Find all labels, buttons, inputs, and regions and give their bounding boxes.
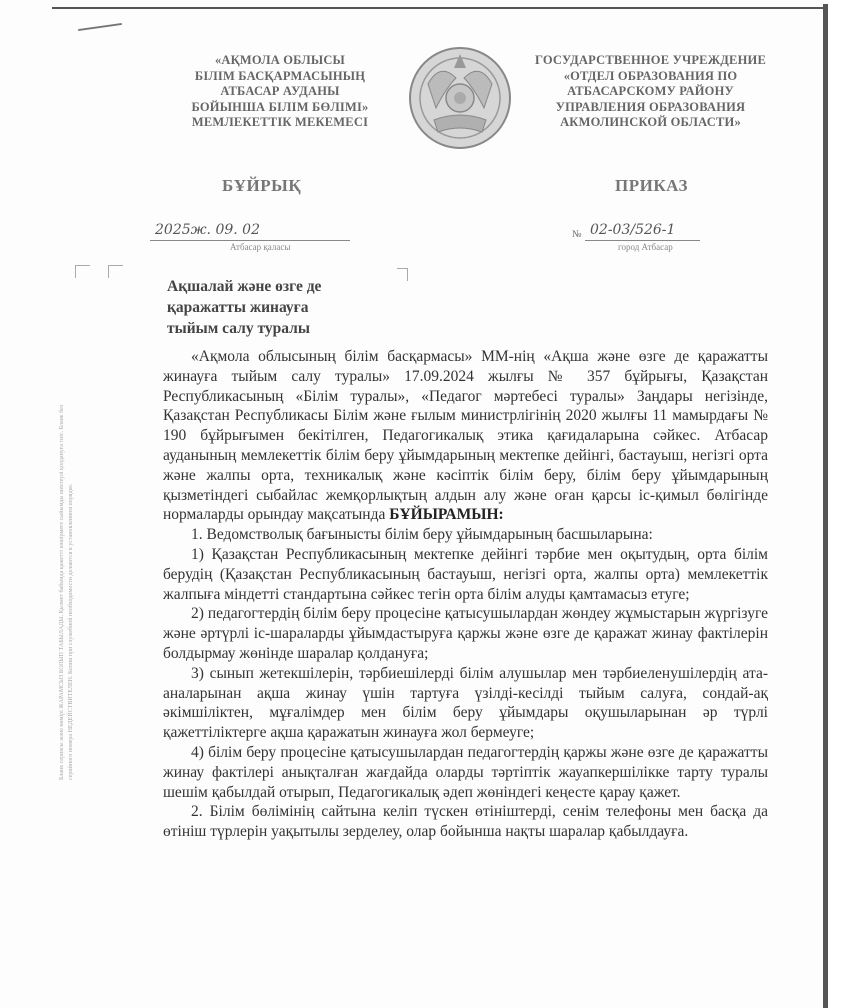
- header-ru-organization: ГОСУДАРСТВЕННОЕ УЧРЕЖДЕНИЕ «ОТДЕЛ ОБРАЗО…: [528, 53, 773, 131]
- scanned-document-page: «АҚМОЛА ОБЛЫСЫ БІЛІМ БАСҚАРМАСЫНЫҢ АТБАС…: [0, 0, 862, 1008]
- vertical-side-note: Бланк сериясы және нөмірі ЖАРАМСЫЗ БОЛЫП…: [58, 380, 128, 780]
- order-item: 2. Білім бөлімінің сайтына келіп түскен …: [163, 802, 768, 842]
- subject-line: қаражатты жинауға: [167, 297, 321, 318]
- city-ru: город Атбасар: [618, 242, 673, 252]
- preamble-paragraph: «Ақмола облысының білім басқармасы» ММ-н…: [163, 347, 768, 525]
- subject-line: Ақшалай және өзге де: [167, 276, 321, 297]
- order-item: 1. Ведомстволық бағынысты білім беру ұйы…: [163, 525, 768, 545]
- header-ru-line: АКМОЛИНСКОЙ ОБЛАСТИ»: [528, 115, 773, 131]
- header-kz-line: АТБАСАР АУДАНЫ: [160, 84, 400, 100]
- date-underline: [150, 240, 350, 241]
- header-kz-line: БІЛІМ БАСҚАРМАСЫНЫҢ: [160, 69, 400, 85]
- scan-edge-line: [52, 7, 832, 9]
- state-emblem-icon: [406, 44, 514, 152]
- subject-line: тыйым салу туралы: [167, 318, 321, 339]
- number-underline: [585, 240, 700, 241]
- order-subject: Ақшалай және өзге де қаражатты жинауға т…: [167, 276, 321, 339]
- corner-mark: [75, 265, 90, 278]
- pen-mark: [78, 23, 122, 31]
- header-ru-line: ГОСУДАРСТВЕННОЕ УЧРЕЖДЕНИЕ: [528, 53, 773, 69]
- header-kz-organization: «АҚМОЛА ОБЛЫСЫ БІЛІМ БАСҚАРМАСЫНЫҢ АТБАС…: [160, 53, 400, 131]
- corner-mark: [108, 265, 123, 278]
- order-item: 1) Қазақстан Республикасының мектепке де…: [163, 545, 768, 604]
- corner-mark: [397, 268, 408, 281]
- document-type-ru: ПРИКАЗ: [615, 176, 688, 196]
- header-ru-line: АТБАСАРСКОМУ РАЙОНУ: [528, 84, 773, 100]
- header-kz-line: БОЙЫНША БІЛІМ БӨЛІМІ»: [160, 100, 400, 116]
- order-number: 02-03/526-1: [590, 222, 675, 238]
- preamble-text: «Ақмола облысының білім басқармасы» ММ-н…: [163, 348, 768, 523]
- number-sign: №: [572, 229, 582, 240]
- document-type-kz: БҰЙРЫҚ: [222, 176, 301, 196]
- order-word: БҰЙЫРАМЫН:: [389, 506, 503, 523]
- scan-margin: [828, 0, 862, 1008]
- order-date: 2025ж. 09. 02: [155, 222, 260, 238]
- order-item: 4) білім беру процесіне қатысушылардан п…: [163, 743, 768, 802]
- order-item: 3) сынып жетекшілерін, тәрбиешілерді біл…: [163, 664, 768, 743]
- header-kz-line: «АҚМОЛА ОБЛЫСЫ: [160, 53, 400, 69]
- city-kz: Атбасар қаласы: [230, 242, 290, 252]
- header-kz-line: МЕМЛЕКЕТТІК МЕКЕМЕСІ: [160, 115, 400, 131]
- header-ru-line: «ОТДЕЛ ОБРАЗОВАНИЯ ПО: [528, 69, 773, 85]
- order-body: «Ақмола облысының білім басқармасы» ММ-н…: [163, 347, 768, 842]
- header-ru-line: УПРАВЛЕНИЯ ОБРАЗОВАНИЯ: [528, 100, 773, 116]
- order-item: 2) педагогтердің білім беру процесіне қа…: [163, 604, 768, 663]
